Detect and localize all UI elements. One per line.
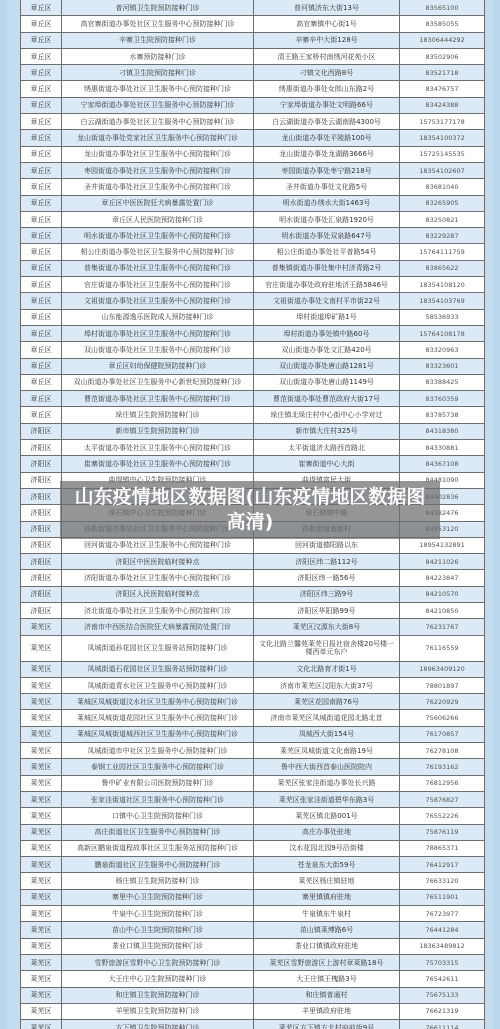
- address-cell: 凤城西大街154号: [254, 726, 400, 742]
- district-cell: 济阳区: [21, 570, 62, 586]
- table-row: 莱芜区张家洼街道社区卫生服务中心预防接种门诊莱芜区张家洼街道碧华东路3号7587…: [21, 791, 485, 807]
- phone-cell: 76611114: [400, 1020, 485, 1029]
- clinic-name-cell: 凤城街道市中社区卫生服务中心预防接种门诊: [62, 743, 254, 759]
- clinic-name-cell: 口镇中心卫生院预防接种门诊: [62, 808, 254, 824]
- phone-cell: 83323601: [400, 358, 485, 374]
- address-cell: 鲁中西大街西首泰山医院院内: [254, 759, 400, 775]
- address-cell: 莱芜区镇北路001号: [254, 808, 400, 824]
- table-row: 莱芜区口镇中心卫生院预防接种门诊莱芜区镇北路001号76552226: [21, 808, 485, 824]
- clinic-name-cell: 济南市中西医结合医院狂犬病暴露预防处置门诊: [62, 619, 254, 635]
- address-cell: 圣井街道办事处文化路5号: [254, 179, 400, 195]
- address-cell: 济阳区纬一路56号: [254, 570, 400, 586]
- phone-cell: 78801897: [400, 677, 485, 693]
- address-cell: 普集镇街道办事处集中村济青路2号: [254, 260, 400, 276]
- table-row: 章丘区埠村街道办事处社区卫生服务中心预防接种门诊埠村街道办事处镇中路60号157…: [21, 325, 485, 341]
- clinic-name-cell: 高官寨街道办事处社区卫生服务中心预防接种门诊: [62, 16, 254, 32]
- phone-cell: 84330881: [400, 440, 485, 456]
- address-cell: 莱芜区张家洼街道办事处长兴路: [254, 775, 400, 791]
- phone-cell: 83785738: [400, 407, 485, 423]
- district-cell: 章丘区: [21, 277, 62, 293]
- district-cell: 章丘区: [21, 309, 62, 325]
- table-row: 莱芜区杨庄镇卫生院预防接种门诊莱芜区杨庄镇驻地76633120: [21, 873, 485, 889]
- address-cell: 龙山街道办事处龙湖路3666号: [254, 146, 400, 162]
- phone-cell: 84367108: [400, 456, 485, 472]
- address-cell: 崔寨街道中心大街: [254, 456, 400, 472]
- address-cell: 济南市莱芜区汶阳东大街37号: [254, 677, 400, 693]
- address-cell: 清王路王家桥村南绣河花苑小区: [254, 48, 400, 64]
- table-row: 莱芜区高庄街道社区卫生服务中心预防接种门诊高庄办事处驻地75876119: [21, 824, 485, 840]
- clinic-name-cell: 凤城街道孙花园社区卫生服务站预防接种门诊: [62, 635, 254, 661]
- phone-cell: 83681040: [400, 179, 485, 195]
- district-cell: 莱芜区: [21, 889, 62, 905]
- table-row: 章丘区章丘区中医医院狂犬病暴露处置门诊明水街道办绣水大街1463号8326590…: [21, 195, 485, 211]
- table-row: 章丘区文祖街道办事处社区卫生服务中心预防接种门诊文祖街道办事处文南村平市街22号…: [21, 293, 485, 309]
- phone-cell: 76542611: [400, 971, 485, 987]
- phone-cell: 15753177178: [400, 114, 485, 130]
- phone-cell: 84211026: [400, 554, 485, 570]
- table-row: 章丘区普河镇卫生院预防接种门诊普河镇济东大街13号83565100: [21, 0, 485, 16]
- clinic-name-cell: 高新区鹏泉街道程故事社区卫生服务站预防接种门诊: [62, 840, 254, 856]
- district-cell: 莱芜区: [21, 635, 62, 661]
- table-row: 章丘区辛寨卫生院预防接种门诊辛寨辛中大街128号18306444292: [21, 32, 485, 48]
- district-cell: 莱芜区: [21, 694, 62, 710]
- clinic-name-cell: 莱城区凤城街道城西社区卫生服务中心预防接种门诊: [62, 726, 254, 742]
- clinic-name-cell: 刁镇卫生院预防接种门诊: [62, 65, 254, 81]
- table-row: 章丘区水寨预防接种门诊清王路王家桥村南绣河花苑小区83502906: [21, 48, 485, 64]
- table-row: 济阳区崔寨街道办事处社区卫生服务中心预防接种门诊崔寨街道中心大街84367108: [21, 456, 485, 472]
- district-cell: 章丘区: [21, 114, 62, 130]
- district-cell: 章丘区: [21, 325, 62, 341]
- address-cell: 大王庄镇王槐路3号: [254, 971, 400, 987]
- district-cell: 莱芜区: [21, 987, 62, 1003]
- clinic-name-cell: 双山街道办事处社区卫生服务中心新世纪预防接种门诊: [62, 374, 254, 390]
- phone-cell: 75876119: [400, 824, 485, 840]
- district-cell: 章丘区: [21, 0, 62, 16]
- clinic-name-cell: 新市镇卫生院预防接种门诊: [62, 423, 254, 439]
- district-cell: 莱芜区: [21, 857, 62, 873]
- address-cell: 明水街道办事处汇泉路1920号: [254, 211, 400, 227]
- phone-cell: 83585055: [400, 16, 485, 32]
- table-row: 莱芜区羊里镇卫生院预防接种门诊羊里镇政府驻地76621319: [21, 1003, 485, 1019]
- phone-cell: 58536933: [400, 309, 485, 325]
- clinic-name-cell: 双山街道办事处社区卫生服务中心预防接种门诊: [62, 342, 254, 358]
- address-cell: 埠村街道办事处镇中路60号: [254, 325, 400, 341]
- table-row: 莱芜区鲁中矿业有限公司医院预防接种门诊莱芜区张家洼街道办事处长兴路7681295…: [21, 775, 485, 791]
- clinic-name-cell: 太平街道办事处社区卫生服务中心预防接种门诊: [62, 440, 254, 456]
- phone-cell: 18306444292: [400, 32, 485, 48]
- address-cell: 双山街道办事处唐山路1149号: [254, 374, 400, 390]
- district-cell: 莱芜区: [21, 726, 62, 742]
- address-cell: 辛寨辛中大街128号: [254, 32, 400, 48]
- address-cell: 莱芜区花园南路76号: [254, 694, 400, 710]
- district-cell: 章丘区: [21, 374, 62, 390]
- address-cell: 济南市莱芜区凤城街道花园北路北首: [254, 710, 400, 726]
- clinic-name-cell: 白云湖街道办事处社区卫生服务中心预防接种门诊: [62, 114, 254, 130]
- address-cell: 茶业口镇镇政府驻地: [254, 938, 400, 954]
- address-cell: 高官寨镇中心街1号: [254, 16, 400, 32]
- table-row: 章丘区普集街道办事处社区卫生服务中心预防接种门诊普集镇街道办事处集中村济青路2号…: [21, 260, 485, 276]
- district-cell: 济阳区: [21, 456, 62, 472]
- clinic-name-cell: 羊里镇卫生院预防接种门诊: [62, 1003, 254, 1019]
- phone-cell: 18354108120: [400, 277, 485, 293]
- phone-cell: 15725145535: [400, 146, 485, 162]
- clinic-name-cell: 绣惠街道办事处社区卫生服务中心预防接种门诊: [62, 81, 254, 97]
- clinic-name-cell: 垛庄镇卫生院预防接种门诊: [62, 407, 254, 423]
- district-cell: 莱芜区: [21, 791, 62, 807]
- phone-cell: 76412917: [400, 857, 485, 873]
- clinic-name-cell: 龙山街道办事处社区卫生服务中心预防接种门诊: [62, 146, 254, 162]
- address-cell: 莱芜区杨庄镇驻地: [254, 873, 400, 889]
- clinic-name-cell: 济北街道办事处社区卫生服务中心预防接种门诊: [62, 602, 254, 618]
- address-cell: 牛泉镇东牛泉村: [254, 906, 400, 922]
- district-cell: 莱芜区: [21, 971, 62, 987]
- district-cell: 济阳区: [21, 602, 62, 618]
- address-cell: 埠村街道埠矿路1号: [254, 309, 400, 325]
- address-cell: 垛庄镇北垛庄村中心街中心小学对过: [254, 407, 400, 423]
- clinic-name-cell: 凤城街道青水社区卫生服务中心预防接种门诊: [62, 677, 254, 693]
- district-cell: 莱芜区: [21, 824, 62, 840]
- clinic-name-cell: 张家洼街道社区卫生服务中心预防接种门诊: [62, 791, 254, 807]
- phone-cell: 75606266: [400, 710, 485, 726]
- district-cell: 章丘区: [21, 391, 62, 407]
- table-row: 章丘区龙山街道办事处党家社区卫生服务中心预防接种门诊龙山街道办事处平陵路100号…: [21, 130, 485, 146]
- clinic-name-cell: 雪野旅游区雪野中心卫生院预防接种门诊: [62, 954, 254, 970]
- table-row: 章丘区刁镇卫生院预防接种门诊刁镇文化西路8号83521718: [21, 65, 485, 81]
- district-cell: 莱芜区: [21, 840, 62, 856]
- address-cell: 济阳区纬二路112号: [254, 554, 400, 570]
- phone-cell: 18354103769: [400, 293, 485, 309]
- clinic-name-cell: 高庄街道社区卫生服务中心预防接种门诊: [62, 824, 254, 840]
- district-cell: 莱芜区: [21, 808, 62, 824]
- phone-cell: 83265905: [400, 195, 485, 211]
- table-row: 济阳区济阳区人民医院临时接种点济阳区纬三路9号84210570: [21, 586, 485, 602]
- table-row: 莱芜区泰钢工业园社区卫生服务中心预防接种门诊鲁中西大街西首泰山医院院内76193…: [21, 759, 485, 775]
- phone-cell: 76231767: [400, 619, 485, 635]
- phone-cell: 84210570: [400, 586, 485, 602]
- clinic-name-cell: 大王庄中心卫生院预防接种门诊: [62, 971, 254, 987]
- phone-cell: 83320963: [400, 342, 485, 358]
- phone-cell: 76633120: [400, 873, 485, 889]
- district-cell: 章丘区: [21, 195, 62, 211]
- address-cell: 回河街道德阳路以东: [254, 537, 400, 553]
- district-cell: 莱芜区: [21, 775, 62, 791]
- table-row: 章丘区山东能源逸乐医院成人预防接种门诊埠村街道埠矿路1号58536933: [21, 309, 485, 325]
- table-row: 章丘区白云湖街道办事处社区卫生服务中心预防接种门诊白云湖街道办事处云湖南路430…: [21, 114, 485, 130]
- clinic-name-cell: 济阳街道办事处社区卫生服务中心预防接种门诊: [62, 570, 254, 586]
- table-row: 莱芜区寨里中心卫生院预防接种门诊寨里镇镇府驻地76511901: [21, 889, 485, 905]
- district-cell: 章丘区: [21, 293, 62, 309]
- district-cell: 莱芜区: [21, 1020, 62, 1029]
- clinic-name-cell: 方下镇卫生院预防接种门诊: [62, 1020, 254, 1029]
- district-cell: 济阳区: [21, 423, 62, 439]
- phone-cell: 83250821: [400, 211, 485, 227]
- clinic-name-cell: 章丘区人民医院预防接种门诊: [62, 211, 254, 227]
- district-cell: 莱芜区: [21, 619, 62, 635]
- phone-cell: 76511901: [400, 889, 485, 905]
- table-row: 章丘区相公庄街道办事处社区卫生服务中心预防接种门诊相公庄街道办事处社平普路54号…: [21, 244, 485, 260]
- address-cell: 明水街道办绣水大街1463号: [254, 195, 400, 211]
- table-row: 莱芜区大王庄中心卫生院预防接种门诊大王庄镇王槐路3号76542611: [21, 971, 485, 987]
- district-cell: 章丘区: [21, 130, 62, 146]
- table-row: 章丘区圣井街道办事处社区卫生服务中心预防接种门诊圣井街道办事处文化路5号8368…: [21, 179, 485, 195]
- district-cell: 莱芜区: [21, 710, 62, 726]
- clinic-name-cell: 枣园街道办事处社区卫生服务中心预防接种门诊: [62, 162, 254, 178]
- table-row: 莱芜区莱城区凤城街道花园社区卫生服务中心预防接种门诊济南市莱芜区凤城街道花园北路…: [21, 710, 485, 726]
- clinic-name-cell: 凤城街道石花园社区卫生服务站预防接种门诊: [62, 661, 254, 677]
- district-cell: 章丘区: [21, 32, 62, 48]
- clinic-name-cell: 泰钢工业园社区卫生服务中心预防接种门诊: [62, 759, 254, 775]
- table-row: 莱芜区凤城街道孙花园社区卫生服务站预防接种门诊文化北路兰馨苑莱芜日报社宿舍楼20…: [21, 635, 485, 661]
- table-row: 章丘区章丘区妇幼保健院预防接种门诊双山街道办事处唐山路1281号83323601: [21, 358, 485, 374]
- clinic-name-cell: 辛寨卫生院预防接种门诊: [62, 32, 254, 48]
- phone-cell: 76116559: [400, 635, 485, 661]
- table-row: 莱芜区方下镇卫生院预防接种门诊莱芜区方下镇方北村府前街9号76611114: [21, 1020, 485, 1029]
- district-cell: 济阳区: [21, 554, 62, 570]
- phone-cell: 76552226: [400, 808, 485, 824]
- clinic-name-cell: 济阳区人民医院临时接种点: [62, 586, 254, 602]
- district-cell: 章丘区: [21, 81, 62, 97]
- table-row: 莱芜区高新区鹏泉街道程故事社区卫生服务站预防接种门诊汶水花园北园9号沿街楼788…: [21, 840, 485, 856]
- phone-cell: 75876827: [400, 791, 485, 807]
- address-cell: 济阳区纬三路9号: [254, 586, 400, 602]
- district-cell: 济阳区: [21, 488, 62, 504]
- table-row: 济阳区济北街道办事处社区卫生服务中心预防接种门诊济阳区华阳路99号8421085…: [21, 602, 485, 618]
- address-cell: 苍龙泉东大街59号: [254, 857, 400, 873]
- address-cell: 文化北路兰馨苑莱芜日报社宿舍楼20号楼一楼西单元东户: [254, 635, 400, 661]
- clinic-name-cell: 苗山中心卫生院预防接种门诊: [62, 922, 254, 938]
- clinic-name-cell: 济阳区中医医院临时接种点: [62, 554, 254, 570]
- phone-cell: 84223847: [400, 570, 485, 586]
- clinic-name-cell: 明水街道办事处社区卫生服务中心预防接种门诊: [62, 228, 254, 244]
- phone-cell: 76812956: [400, 775, 485, 791]
- clinic-name-cell: 崔寨街道办事处社区卫生服务中心预防接种门诊: [62, 456, 254, 472]
- clinic-name-cell: 回河街道办事处社区卫生服务中心预防接种门诊: [62, 537, 254, 553]
- district-cell: 章丘区: [21, 65, 62, 81]
- table-row: 章丘区明水街道办事处社区卫生服务中心预防接种门诊明水街道办事处双泉路647号83…: [21, 228, 485, 244]
- overlay-title: 山东疫情地区数据图(山东疫情地区数据图高清): [60, 485, 440, 535]
- address-cell: 普河镇济东大街13号: [254, 0, 400, 16]
- table-row: 章丘区绣惠街道办事处社区卫生服务中心预防接种门诊绣惠街道办事处女郎山东路2号83…: [21, 81, 485, 97]
- table-row: 莱芜区茶业口镇卫生院预防接种门诊茶业口镇镇政府驻地18363489812: [21, 938, 485, 954]
- district-cell: 章丘区: [21, 179, 62, 195]
- table-row: 章丘区曹范街道办事处社区卫生服务中心预防接种门诊曹范街道办事处曹范政府大街17号…: [21, 391, 485, 407]
- table-row: 章丘区章丘区人民医院预防接种门诊明水街道办事处汇泉路1920号83250821: [21, 211, 485, 227]
- clinic-name-cell: 曹范街道办事处社区卫生服务中心预防接种门诊: [62, 391, 254, 407]
- phone-cell: 83388425: [400, 374, 485, 390]
- table-row: 莱芜区凤城街道市中社区卫生服务中心预防接种门诊莱芜区凤城街道文化南路19号762…: [21, 743, 485, 759]
- table-row: 莱芜区苗山中心卫生院预防接种门诊苗山镇莱博路6号76441284: [21, 922, 485, 938]
- address-cell: 莱芜区雪野旅游区上游村章莱路18号: [254, 954, 400, 970]
- table-row: 莱芜区莱城区凤城街道城西社区卫生服务中心预防接种门诊凤城西大街154号76170…: [21, 726, 485, 742]
- address-cell: 官庄街道办事处政府驻地济王路5846号: [254, 277, 400, 293]
- district-cell: 莱芜区: [21, 677, 62, 693]
- phone-cell: 75675133: [400, 987, 485, 1003]
- district-cell: 济阳区: [21, 472, 62, 488]
- district-cell: 莱芜区: [21, 759, 62, 775]
- district-cell: 莱芜区: [21, 922, 62, 938]
- phone-cell: 83521718: [400, 65, 485, 81]
- table-row: 莱芜区凤城街道石花园社区卫生服务站预防接种门诊文化北路育才街1号18963409…: [21, 661, 485, 677]
- address-cell: 曹范街道办事处曹范政府大街17号: [254, 391, 400, 407]
- table-row: 章丘区双山街道办事处社区卫生服务中心新世纪预防接种门诊双山街道办事处唐山路114…: [21, 374, 485, 390]
- table-row: 济阳区新市镇卫生院预防接种门诊新市镇大庄村325号84318380: [21, 423, 485, 439]
- phone-cell: 18354102607: [400, 162, 485, 178]
- clinic-name-cell: 普河镇卫生院预防接种门诊: [62, 0, 254, 16]
- district-cell: 章丘区: [21, 146, 62, 162]
- district-cell: 章丘区: [21, 162, 62, 178]
- table-row: 章丘区高官寨街道办事处社区卫生服务中心预防接种门诊高官寨镇中心街1号835850…: [21, 16, 485, 32]
- district-cell: 章丘区: [21, 48, 62, 64]
- district-cell: 济阳区: [21, 521, 62, 537]
- clinic-name-cell: 章丘区中医医院狂犬病暴露处置门诊: [62, 195, 254, 211]
- clinic-name-cell: 龙山街道办事处党家社区卫生服务中心预防接种门诊: [62, 130, 254, 146]
- clinic-name-cell: 山东能源逸乐医院成人预防接种门诊: [62, 309, 254, 325]
- district-cell: 章丘区: [21, 358, 62, 374]
- address-cell: 莱芜区汶源东大街8号: [254, 619, 400, 635]
- address-cell: 寨里镇镇府驻地: [254, 889, 400, 905]
- clinic-name-cell: 普集街道办事处社区卫生服务中心预防接种门诊: [62, 260, 254, 276]
- phone-cell: 83229287: [400, 228, 485, 244]
- phone-cell: 83865622: [400, 260, 485, 276]
- district-cell: 章丘区: [21, 228, 62, 244]
- clinic-name-cell: 埠村街道办事处社区卫生服务中心预防接种门诊: [62, 325, 254, 341]
- phone-cell: 18363489812: [400, 938, 485, 954]
- table-row: 济阳区济阳区中医医院临时接种点济阳区纬二路112号84211026: [21, 554, 485, 570]
- phone-cell: 76193162: [400, 759, 485, 775]
- district-cell: 莱芜区: [21, 954, 62, 970]
- phone-cell: 84318380: [400, 423, 485, 439]
- table-row: 莱芜区凤城街道青水社区卫生服务中心预防接种门诊济南市莱芜区汶阳东大街37号788…: [21, 677, 485, 693]
- address-cell: 太平街道济太路西首路北: [254, 440, 400, 456]
- table-row: 章丘区枣园街道办事处社区卫生服务中心预防接种门诊枣园街道办事处枣宁路218号18…: [21, 162, 485, 178]
- table-row: 济阳区济阳街道办事处社区卫生服务中心预防接种门诊济阳区纬一路56号8422384…: [21, 570, 485, 586]
- clinic-name-cell: 官庄街道办事处社区卫生服务中心预防接种门诊: [62, 277, 254, 293]
- district-cell: 济阳区: [21, 586, 62, 602]
- clinic-name-cell: 鹏泉街道社区卫生服务中心预防接种门诊: [62, 857, 254, 873]
- phone-cell: 78865371: [400, 840, 485, 856]
- clinic-name-cell: 相公庄街道办事处社区卫生服务中心预防接种门诊: [62, 244, 254, 260]
- table-row: 章丘区龙山街道办事处社区卫生服务中心预防接种门诊龙山街道办事处龙湖路3666号1…: [21, 146, 485, 162]
- district-cell: 章丘区: [21, 407, 62, 423]
- phone-cell: 83565100: [400, 0, 485, 16]
- clinic-name-cell: 莱城区凤城街道花园社区卫生服务中心预防接种门诊: [62, 710, 254, 726]
- title-overlay: 山东疫情地区数据图(山东疫情地区数据图高清): [60, 481, 440, 539]
- table-row: 莱芜区和庄镇卫生院预防接种门诊和庄镇普通村75675133: [21, 987, 485, 1003]
- address-cell: 莱芜区凤城街道文化南路19号: [254, 743, 400, 759]
- address-cell: 宁家埠街道办事处文明路66号: [254, 97, 400, 113]
- phone-cell: 76170857: [400, 726, 485, 742]
- address-cell: 枣园街道办事处枣宁路218号: [254, 162, 400, 178]
- phone-cell: 76621319: [400, 1003, 485, 1019]
- address-cell: 文祖街道办事处文南村平市街22号: [254, 293, 400, 309]
- phone-cell: 76278108: [400, 743, 485, 759]
- address-cell: 白云湖街道办事处云湖南路4300号: [254, 114, 400, 130]
- clinic-name-cell: 牛泉中心卫生院预防接种门诊: [62, 906, 254, 922]
- district-cell: 莱芜区: [21, 938, 62, 954]
- table-row: 莱芜区鹏泉街道社区卫生服务中心预防接种门诊苍龙泉东大街59号76412917: [21, 857, 485, 873]
- district-cell: 章丘区: [21, 16, 62, 32]
- phone-cell: 15764111759: [400, 244, 485, 260]
- district-cell: 济阳区: [21, 440, 62, 456]
- address-cell: 和庄镇普通村: [254, 987, 400, 1003]
- district-cell: 章丘区: [21, 244, 62, 260]
- address-cell: 新市镇大庄村325号: [254, 423, 400, 439]
- clinic-name-cell: 水寨预防接种门诊: [62, 48, 254, 64]
- district-cell: 章丘区: [21, 211, 62, 227]
- address-cell: 明水街道办事处双泉路647号: [254, 228, 400, 244]
- clinic-name-cell: 杨庄镇卫生院预防接种门诊: [62, 873, 254, 889]
- phone-cell: 76220929: [400, 694, 485, 710]
- address-cell: 苗山镇莱博路6号: [254, 922, 400, 938]
- phone-cell: 18354100372: [400, 130, 485, 146]
- clinic-name-cell: 莱城区凤城街道汶水社区卫生服务中心预防接种门诊: [62, 694, 254, 710]
- phone-cell: 83424388: [400, 97, 485, 113]
- address-cell: 刁镇文化西路8号: [254, 65, 400, 81]
- table-row: 章丘区双山街道办事处社区卫生服务中心预防接种门诊双山街道办事处文汇路420号83…: [21, 342, 485, 358]
- district-cell: 济阳区: [21, 537, 62, 553]
- address-cell: 莱芜区方下镇方北村府前街9号: [254, 1020, 400, 1029]
- district-cell: 莱芜区: [21, 661, 62, 677]
- table-row: 莱芜区牛泉中心卫生院预防接种门诊牛泉镇东牛泉村76723977: [21, 906, 485, 922]
- address-cell: 文化北路育才街1号: [254, 661, 400, 677]
- phone-cell: 15764108178: [400, 325, 485, 341]
- district-cell: 济阳区: [21, 505, 62, 521]
- clinic-name-cell: 寨里中心卫生院预防接种门诊: [62, 889, 254, 905]
- clinic-name-cell: 宁家埠街道办事处社区卫生服务中心预防接种门诊: [62, 97, 254, 113]
- phone-cell: 76723977: [400, 906, 485, 922]
- district-cell: 章丘区: [21, 342, 62, 358]
- address-cell: 高庄办事处驻地: [254, 824, 400, 840]
- address-cell: 相公庄街道办事处社平普路54号: [254, 244, 400, 260]
- district-cell: 莱芜区: [21, 743, 62, 759]
- clinic-name-cell: 茶业口镇卫生院预防接种门诊: [62, 938, 254, 954]
- clinic-name-cell: 文祖街道办事处社区卫生服务中心预防接种门诊: [62, 293, 254, 309]
- district-cell: 莱芜区: [21, 873, 62, 889]
- address-cell: 羊里镇政府驻地: [254, 1003, 400, 1019]
- clinic-name-cell: 鲁中矿业有限公司医院预防接种门诊: [62, 775, 254, 791]
- district-cell: 莱芜区: [21, 1003, 62, 1019]
- table-row: 莱芜区济南市中西医结合医院狂犬病暴露预防处置门诊莱芜区汶源东大街8号762317…: [21, 619, 485, 635]
- address-cell: 双山街道办事处文汇路420号: [254, 342, 400, 358]
- address-cell: 绣惠街道办事处女郎山东路2号: [254, 81, 400, 97]
- phone-cell: 83502906: [400, 48, 485, 64]
- phone-cell: 18954132891: [400, 537, 485, 553]
- district-cell: 莱芜区: [21, 906, 62, 922]
- address-cell: 济阳区华阳路99号: [254, 602, 400, 618]
- table-row: 章丘区宁家埠街道办事处社区卫生服务中心预防接种门诊宁家埠街道办事处文明路66号8…: [21, 97, 485, 113]
- address-cell: 龙山街道办事处平陵路100号: [254, 130, 400, 146]
- table-row: 济阳区太平街道办事处社区卫生服务中心预防接种门诊太平街道济太路西首路北84330…: [21, 440, 485, 456]
- clinic-name-cell: 和庄镇卫生院预防接种门诊: [62, 987, 254, 1003]
- district-cell: 章丘区: [21, 260, 62, 276]
- address-cell: 汶水花园北园9号沿街楼: [254, 840, 400, 856]
- clinic-name-cell: 章丘区妇幼保健院预防接种门诊: [62, 358, 254, 374]
- table-row: 章丘区垛庄镇卫生院预防接种门诊垛庄镇北垛庄村中心街中心小学对过83785738: [21, 407, 485, 423]
- phone-cell: 83476757: [400, 81, 485, 97]
- phone-cell: 76441284: [400, 922, 485, 938]
- phone-cell: 75703315: [400, 954, 485, 970]
- table-row: 莱芜区莱城区凤城街道汶水社区卫生服务中心预防接种门诊莱芜区花园南路76号7622…: [21, 694, 485, 710]
- address-cell: 莱芜区张家洼街道碧华东路3号: [254, 791, 400, 807]
- phone-cell: 84210850: [400, 602, 485, 618]
- phone-cell: 18963409120: [400, 661, 485, 677]
- table-row: 莱芜区雪野旅游区雪野中心卫生院预防接种门诊莱芜区雪野旅游区上游村章莱路18号75…: [21, 954, 485, 970]
- phone-cell: 83760359: [400, 391, 485, 407]
- district-cell: 章丘区: [21, 97, 62, 113]
- table-row: 济阳区回河街道办事处社区卫生服务中心预防接种门诊回河街道德阳路以东1895413…: [21, 537, 485, 553]
- clinic-name-cell: 圣井街道办事处社区卫生服务中心预防接种门诊: [62, 179, 254, 195]
- table-row: 章丘区官庄街道办事处社区卫生服务中心预防接种门诊官庄街道办事处政府驻地济王路58…: [21, 277, 485, 293]
